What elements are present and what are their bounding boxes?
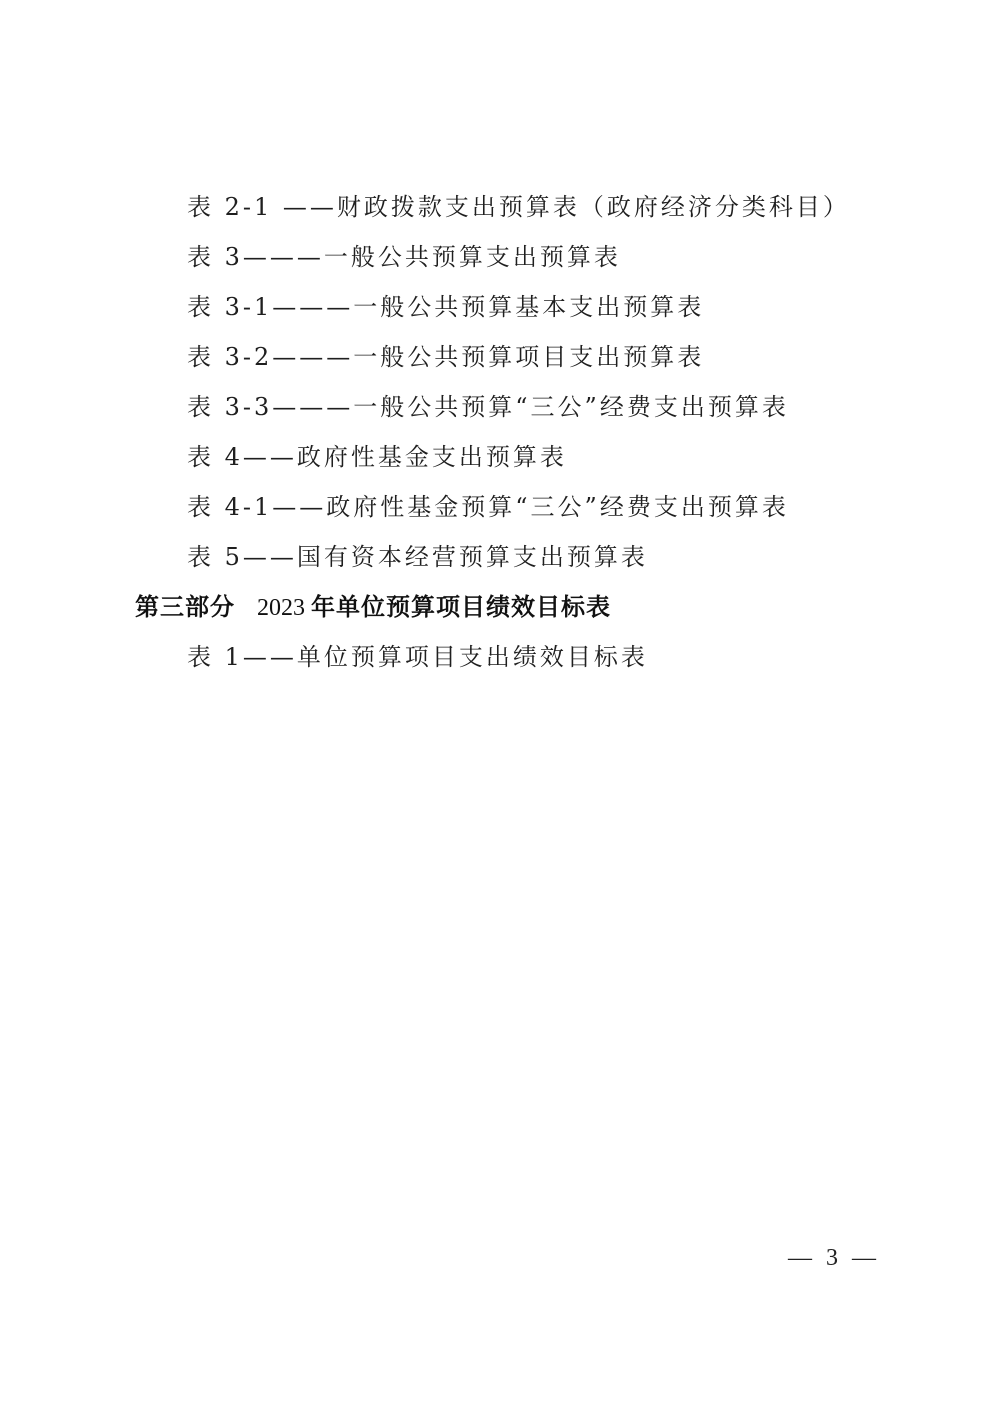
toc-entry-table-4: 表 4——政府性基金支出预算表 xyxy=(187,442,567,472)
section-title: 年单位预算项目绩效目标表 xyxy=(311,593,611,621)
toc-entry-table-3-1: 表 3-1———一般公共预算基本支出预算表 xyxy=(187,292,704,322)
document-page: 表 2-1 ——财政拨款支出预算表（政府经济分类科目） 表 3———一般公共预算… xyxy=(0,0,992,1403)
toc-entry-table-3-3: 表 3-3———一般公共预算“三公”经费支出预算表 xyxy=(187,392,789,422)
section-heading-part-three: 第三部分2023年单位预算项目绩效目标表 xyxy=(135,592,611,623)
section-part-label: 第三部分 xyxy=(135,593,235,621)
toc-entry-table-4-1: 表 4-1——政府性基金预算“三公”经费支出预算表 xyxy=(187,492,789,522)
toc-entry-table-5: 表 5——国有资本经营预算支出预算表 xyxy=(187,542,648,572)
toc-entry-table-3: 表 3———一般公共预算支出预算表 xyxy=(187,242,621,272)
page-number: — 3 — xyxy=(788,1243,880,1273)
toc-entry-table-1-performance: 表 1——单位预算项目支出绩效目标表 xyxy=(187,642,648,672)
section-year: 2023 xyxy=(257,595,305,621)
toc-entry-table-3-2: 表 3-2———一般公共预算项目支出预算表 xyxy=(187,342,704,372)
toc-entry-table-2-1: 表 2-1 ——财政拨款支出预算表（政府经济分类科目） xyxy=(187,192,850,222)
